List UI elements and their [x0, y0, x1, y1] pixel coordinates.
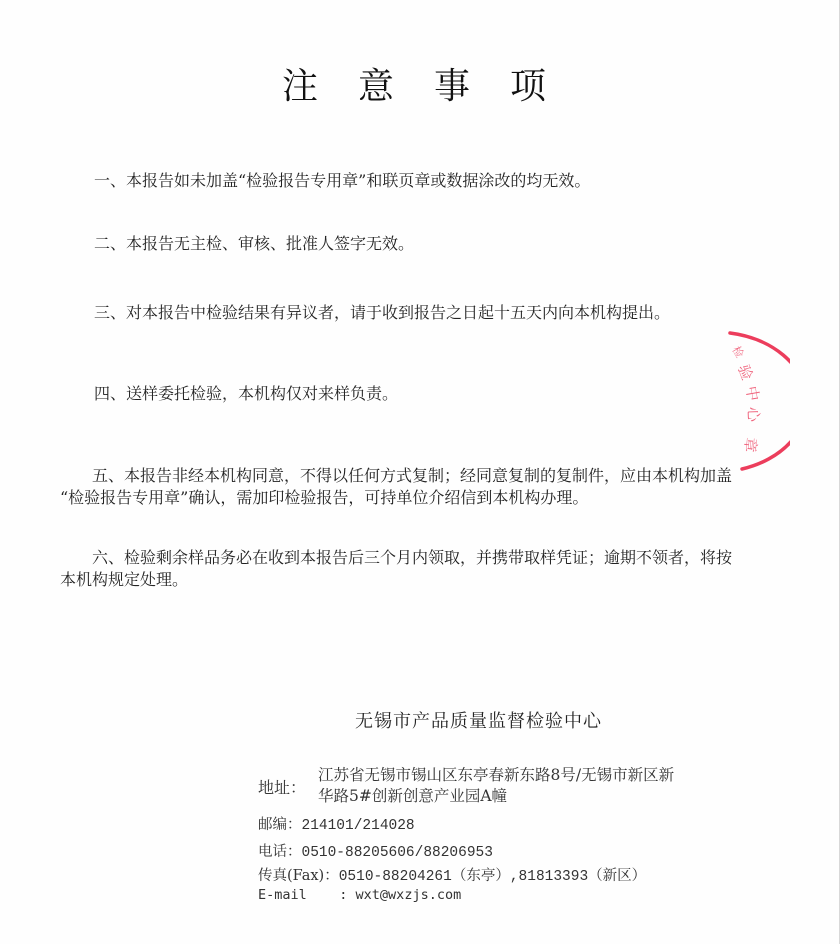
notice-text: 四、送样委托检验，本机构仅对来样负责。	[94, 384, 398, 403]
notice-item-5: 五、本报告非经本机构同意，不得以任何方式复制；经同意复制的复制件，应由本机构加盖…	[60, 465, 732, 509]
notice-text: 三、对本报告中检验结果有异议者，请于收到报告之日起十五天内向本机构提出。	[94, 303, 670, 322]
tel-label: 电话：	[258, 840, 302, 861]
notice-text-line-1: 六、检验剩余样品务必在收到本报告后三个月内领取，并携带取样凭证；逾期不领者，将按	[60, 547, 732, 569]
notice-item-2: 二、本报告无主检、审核、批准人签字无效。	[94, 233, 414, 255]
svg-text:验: 验	[734, 362, 756, 382]
document-page: 注意事项 一、本报告如未加盖“检验报告专用章”和联页章或数据涂改的均无效。 二、…	[0, 0, 840, 944]
email-value: wxt@wxzjs.com	[356, 887, 462, 903]
contact-zip: 邮编：214101/214028	[258, 813, 415, 834]
notice-item-6: 六、检验剩余样品务必在收到本报告后三个月内领取，并携带取样凭证；逾期不领者，将按…	[60, 547, 732, 591]
address-label: 地址：	[258, 775, 306, 798]
tel-value: 0510-88205606/88206953	[302, 845, 493, 861]
address-line-2: 华路5#创新创意产业园A幢	[318, 786, 674, 807]
address-value: 江苏省无锡市锡山区东亭春新东路8号/无锡市新区新 华路5#创新创意产业园A幢	[318, 765, 674, 807]
notice-item-3: 三、对本报告中检验结果有异议者，请于收到报告之日起十五天内向本机构提出。	[94, 302, 670, 324]
notice-text: 二、本报告无主检、审核、批准人签字无效。	[94, 234, 414, 253]
notice-text-line-2: 本机构规定处理。	[60, 569, 732, 591]
page-title: 注意事项	[0, 62, 840, 112]
organization-name: 无锡市产品质量监督检验中心	[355, 707, 602, 733]
notice-text-line-2: “检验报告专用章”确认，需加印检验报告，可持单位介绍信到本机构办理。	[60, 487, 732, 509]
svg-text:中: 中	[742, 385, 762, 403]
fax-value: 0510-88204261（东亭）,81813393（新区）	[339, 869, 646, 885]
notice-item-1: 一、本报告如未加盖“检验报告专用章”和联页章或数据涂改的均无效。	[94, 170, 590, 192]
zip-value: 214101/214028	[302, 818, 415, 834]
svg-text:心: 心	[744, 407, 763, 424]
zip-label: 邮编：	[258, 813, 302, 834]
email-label: E-mail :	[258, 887, 347, 903]
notice-item-4: 四、送样委托检验，本机构仅对来样负责。	[94, 383, 398, 405]
official-seal-stamp: 验 中 心 章 检	[660, 325, 790, 475]
notice-text: 一、本报告如未加盖“检验报告专用章”和联页章或数据涂改的均无效。	[94, 171, 590, 190]
contact-tel: 电话：0510-88205606/88206953	[258, 840, 493, 861]
contact-fax: 传真(Fax)：0510-88204261（东亭）,81813393（新区）	[258, 864, 646, 885]
svg-text:检: 检	[729, 344, 747, 361]
contact-email: E-mail : wxt@wxzjs.com	[258, 887, 461, 903]
svg-text:章: 章	[741, 437, 760, 454]
address-line-1: 江苏省无锡市锡山区东亭春新东路8号/无锡市新区新	[318, 765, 674, 786]
notice-text-line-1: 五、本报告非经本机构同意，不得以任何方式复制；经同意复制的复制件，应由本机构加盖	[60, 465, 732, 487]
fax-label: 传真(Fax)：	[258, 864, 339, 885]
